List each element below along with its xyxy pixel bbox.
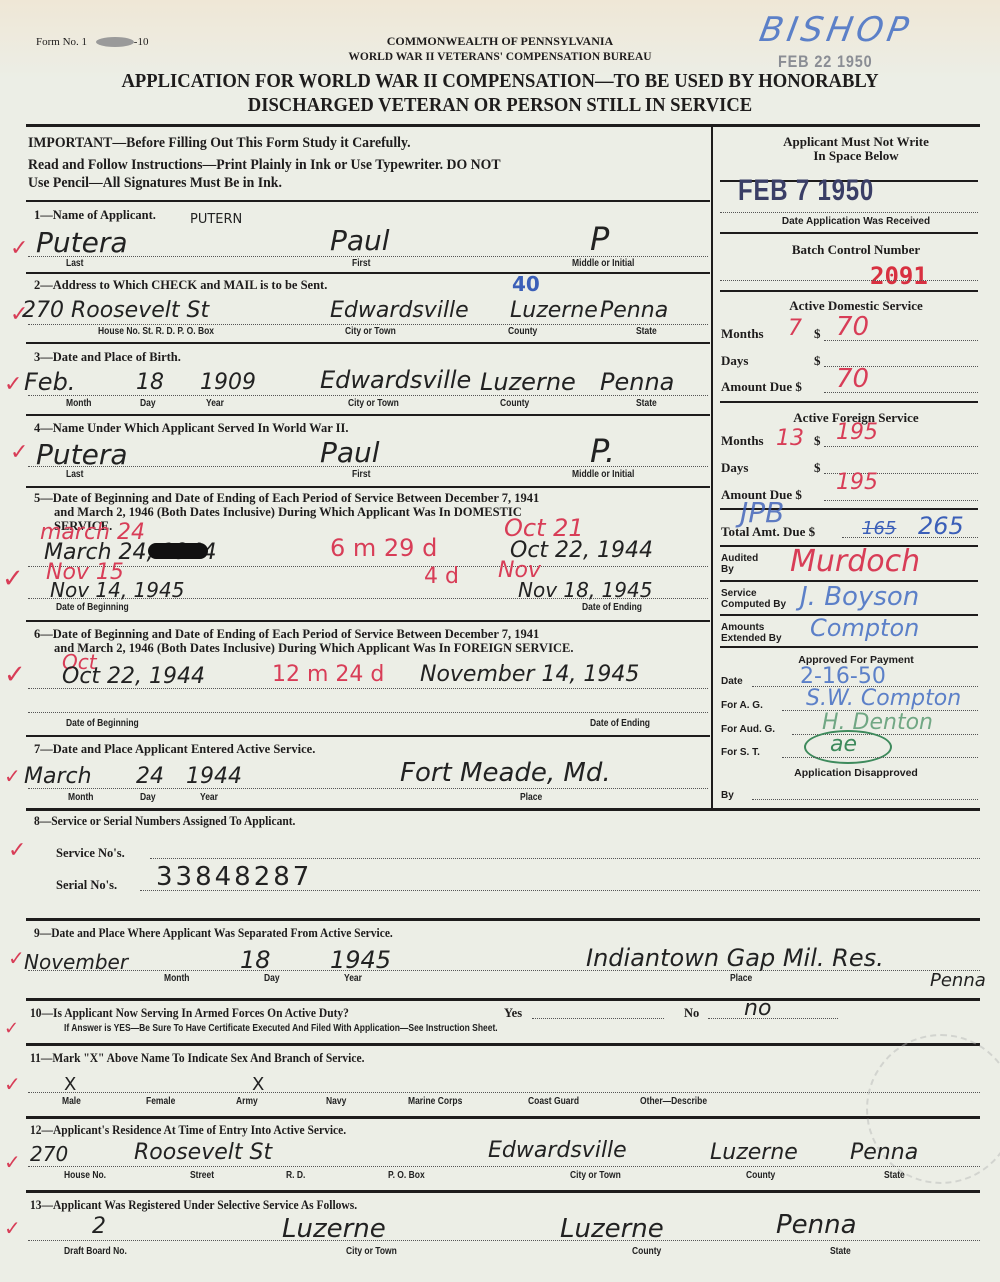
audited-signature: Murdoch xyxy=(790,544,920,579)
rule xyxy=(26,1043,980,1046)
q12-city[interactable]: Edwardsville xyxy=(488,1138,627,1163)
foreign-months-label: Months xyxy=(721,433,764,449)
rule xyxy=(26,1116,980,1119)
q5-row2-calc: 4 d xyxy=(424,564,459,589)
q1-annotation[interactable]: PUTERN xyxy=(190,212,242,227)
for-ag-signature: S.W. Compton xyxy=(806,686,961,711)
check-mark-icon: ✓ xyxy=(4,764,21,788)
q6-sub-end: Date of Ending xyxy=(590,718,650,729)
q7-sub-year: Year xyxy=(200,792,218,803)
computed-label: Service Computed By xyxy=(721,588,801,610)
dollar-sign: $ xyxy=(814,460,821,476)
q7-sub-month: Month xyxy=(68,792,94,803)
check-mark-icon: ✓ xyxy=(4,1018,19,1039)
check-mark-icon: ✓ xyxy=(10,236,28,261)
domestic-due-amount[interactable]: 70 xyxy=(836,364,869,394)
q9-sub-place: Place xyxy=(730,973,752,984)
q12-sub-street: Street xyxy=(190,1170,214,1181)
domestic-months-label: Months xyxy=(721,326,764,342)
line xyxy=(824,340,978,341)
disapproved-by-label: By xyxy=(721,790,734,801)
received-stamp-date: FEB 22 1950 xyxy=(778,52,873,72)
q9-sub-day: Day xyxy=(264,973,280,984)
q7-place[interactable]: Fort Meade, Md. xyxy=(400,758,611,788)
rule xyxy=(26,998,980,1001)
q3-year[interactable]: 1909 xyxy=(200,370,256,395)
q6-label: 6—Date of Beginning and Date of Ending o… xyxy=(34,627,714,655)
rule xyxy=(26,414,710,416)
q10-no-line xyxy=(708,1018,838,1019)
q9-line xyxy=(28,970,980,971)
q2-sub-city: City or Town xyxy=(345,326,396,337)
q2-annotation: 40 xyxy=(512,272,540,296)
q2-sub-street: House No. St. R. D. P. O. Box xyxy=(98,326,214,337)
q13-sub-state: State xyxy=(830,1246,851,1257)
redaction-block xyxy=(148,543,208,559)
dollar-sign: $ xyxy=(814,353,821,369)
q13-label: 13—Applicant Was Registered Under Select… xyxy=(30,1198,357,1213)
form-title-line1: APPLICATION FOR WORLD WAR II COMPENSATIO… xyxy=(35,70,965,93)
q7-sub-place: Place xyxy=(520,792,542,803)
q4-sub-first: First xyxy=(352,469,370,480)
line xyxy=(824,392,978,393)
check-mark-icon: ✓ xyxy=(4,1216,21,1240)
total-amount[interactable]: 265 xyxy=(918,512,964,540)
for-aud-label: For Aud. G. xyxy=(721,724,775,735)
batch-number: 2091 xyxy=(870,262,928,290)
x-mark: X xyxy=(64,1074,76,1095)
q12-sub-state: State xyxy=(884,1170,905,1181)
rule xyxy=(26,620,710,622)
q9-label: 9—Date and Place Where Applicant Was Sep… xyxy=(34,926,393,941)
q5-sub-end: Date of Ending xyxy=(582,602,642,613)
check-mark-icon: ✓ xyxy=(4,1150,21,1174)
q7-month[interactable]: March xyxy=(24,764,92,789)
q8-serial-line xyxy=(140,890,980,891)
q8-service-input[interactable] xyxy=(150,858,980,859)
q12-county[interactable]: Luzerne xyxy=(710,1140,798,1165)
q3-month[interactable]: Feb. xyxy=(24,368,75,396)
approved-date-label: Date xyxy=(721,676,743,687)
header-rule xyxy=(26,124,980,127)
rule xyxy=(26,1190,980,1193)
q4-label: 4—Name Under Which Applicant Served In W… xyxy=(34,421,349,436)
rule xyxy=(26,808,980,811)
domestic-months-amount[interactable]: 70 xyxy=(836,312,869,342)
q10-no-label: No xyxy=(684,1006,699,1021)
q4-line xyxy=(28,466,708,467)
rule xyxy=(720,646,978,648)
option-label: Other—Describe xyxy=(640,1096,707,1107)
q1-sub-first: First xyxy=(352,258,370,269)
q12-sub-city: City or Town xyxy=(570,1170,621,1181)
q2-state[interactable]: Penna xyxy=(600,298,668,323)
q3-sub-month: Month xyxy=(66,398,92,409)
q6-row2-line xyxy=(28,712,708,713)
domestic-months-value[interactable]: 7 xyxy=(788,316,802,341)
rule xyxy=(26,200,710,202)
q12-sub-house: House No. xyxy=(64,1170,106,1181)
q4-first-name[interactable]: Paul xyxy=(320,436,380,469)
q12-house-no[interactable]: 270 xyxy=(30,1142,68,1166)
computed-signature: J. Boyson xyxy=(800,582,919,612)
q4-middle-initial[interactable]: P. xyxy=(590,432,615,470)
office-heading-2: In Space Below xyxy=(716,148,996,164)
rule xyxy=(26,486,710,488)
q3-sub-day: Day xyxy=(140,398,156,409)
q1-first-name[interactable]: Paul xyxy=(330,224,390,257)
option-label: Male xyxy=(62,1096,81,1107)
q7-day[interactable]: 24 xyxy=(136,764,164,789)
q1-sub-last: Last xyxy=(66,258,83,269)
q7-line xyxy=(28,788,708,789)
q6-end[interactable]: November 14, 1945 xyxy=(420,662,639,687)
q11-label: 11—Mark "X" Above Name To Indicate Sex A… xyxy=(30,1051,364,1066)
q10-yes-input[interactable] xyxy=(532,1018,664,1019)
q7-label: 7—Date and Place Applicant Entered Activ… xyxy=(34,742,315,757)
q5-row1-line xyxy=(28,566,708,567)
q7-sub-day: Day xyxy=(140,792,156,803)
q1-label: 1—Name of Applicant. xyxy=(34,208,156,223)
extended-signature: Compton xyxy=(810,614,919,642)
batch-line xyxy=(720,280,978,281)
total-struck-value: 165 xyxy=(862,518,896,539)
q3-county[interactable]: Luzerne xyxy=(480,368,576,396)
q10-yes-label: Yes xyxy=(504,1006,522,1021)
check-mark-icon: ✓ xyxy=(8,838,26,863)
q12-street[interactable]: Roosevelt St xyxy=(134,1140,272,1165)
instructions: IMPORTANT—Before Filling Out This Form S… xyxy=(28,134,709,192)
q3-city[interactable]: Edwardsville xyxy=(320,366,471,394)
audited-label: Audited By xyxy=(721,553,761,575)
rule xyxy=(720,232,978,234)
line xyxy=(752,799,978,800)
q1-last-name[interactable]: Putera xyxy=(36,226,128,259)
check-mark-icon: ✓ xyxy=(4,660,26,690)
q9-place-state[interactable]: Penna xyxy=(930,970,986,991)
q12-sub-county: County xyxy=(746,1170,775,1181)
q3-sub-city: City or Town xyxy=(348,398,399,409)
q11-line xyxy=(28,1092,980,1093)
line xyxy=(824,446,978,447)
rule xyxy=(26,272,710,274)
disapproved-heading: Application Disapproved xyxy=(716,767,996,779)
q4-sub-last: Last xyxy=(66,469,83,480)
q3-sub-county: County xyxy=(500,398,529,409)
q10-note: If Answer is YES—Be Sure To Have Certifi… xyxy=(64,1023,498,1034)
received-date-label: Date Application Was Received xyxy=(716,216,996,227)
q8-serial-label: Serial No's. xyxy=(56,878,117,893)
q12-sub-po: P. O. Box xyxy=(388,1170,425,1181)
check-mark-icon: ✓ xyxy=(4,372,22,397)
foreign-due-amount[interactable]: 195 xyxy=(836,470,878,495)
domestic-due-label: Amount Due $ xyxy=(721,379,802,395)
dollar-sign: $ xyxy=(814,326,821,342)
q1-sub-middle: Middle or Initial xyxy=(572,258,634,269)
q5-row2-line xyxy=(28,598,708,599)
rule xyxy=(26,735,710,737)
q8-label: 8—Service or Serial Numbers Assigned To … xyxy=(34,814,295,829)
q2-sub-state: State xyxy=(636,326,657,337)
q12-line xyxy=(28,1166,980,1167)
q13-sub-county: County xyxy=(632,1246,661,1257)
q5-sub-begin: Date of Beginning xyxy=(56,602,129,613)
q6-begin[interactable]: Oct 22, 1944 xyxy=(62,664,205,689)
q12-label: 12—Applicant's Residence At Time of Entr… xyxy=(30,1123,346,1138)
q3-day[interactable]: 18 xyxy=(136,370,164,395)
q9-place[interactable]: Indiantown Gap Mil. Res. xyxy=(586,944,884,972)
q12-state[interactable]: Penna xyxy=(850,1140,918,1165)
column-divider xyxy=(711,126,713,810)
q3-line xyxy=(28,395,708,396)
q3-state[interactable]: Penna xyxy=(600,368,674,396)
option-label: Marine Corps xyxy=(408,1096,462,1107)
foreign-months-amount[interactable]: 195 xyxy=(836,420,878,445)
line xyxy=(842,537,978,538)
option-label: Female xyxy=(146,1096,175,1107)
q1-middle-initial[interactable]: P xyxy=(590,220,609,258)
q6-calc: 12 m 24 d xyxy=(272,662,384,687)
rule xyxy=(26,918,980,921)
batch-label: Batch Control Number xyxy=(716,242,996,258)
q5-row1-calc: 6 m 29 d xyxy=(330,534,437,562)
q1-line xyxy=(28,256,708,257)
for-ag-label: For A. G. xyxy=(721,700,763,711)
for-st-label: For S. T. xyxy=(721,747,760,758)
extended-label: Amounts Extended By xyxy=(721,622,801,644)
for-st-initials: ae xyxy=(830,732,857,757)
q3-sub-state: State xyxy=(636,398,657,409)
q2-city[interactable]: Edwardsville xyxy=(330,298,469,323)
option-label: Coast Guard xyxy=(528,1096,579,1107)
q4-sub-middle: Middle or Initial xyxy=(572,469,634,480)
q13-line xyxy=(28,1240,980,1241)
x-mark: X xyxy=(252,1074,264,1095)
q13-draft-board[interactable]: 2 xyxy=(92,1214,106,1239)
q2-sub-county: County xyxy=(508,326,537,337)
check-mark-icon: ✓ xyxy=(8,946,25,970)
q10-label: 10—Is Applicant Now Serving In Armed For… xyxy=(30,1006,349,1021)
q8-service-label: Service No's. xyxy=(56,846,125,861)
received-line xyxy=(720,212,978,213)
foreign-months-value[interactable]: 13 xyxy=(776,426,804,451)
q9-sub-month: Month xyxy=(164,973,190,984)
foreign-days-label: Days xyxy=(721,460,748,476)
q13-state[interactable]: Penna xyxy=(776,1210,857,1240)
dollar-sign: $ xyxy=(814,433,821,449)
q6-row1-line xyxy=(28,688,708,689)
q2-county[interactable]: Luzerne xyxy=(510,298,598,323)
check-mark-icon: ✓ xyxy=(10,440,28,465)
domestic-days-label: Days xyxy=(721,353,748,369)
rule xyxy=(720,290,978,292)
form-title-line2: DISCHARGED VETERAN OR PERSON STILL IN SE… xyxy=(35,94,965,117)
q12-sub-rd: R. D. xyxy=(286,1170,305,1181)
q6-sub-begin: Date of Beginning xyxy=(66,718,139,729)
option-label: Navy xyxy=(326,1096,346,1107)
q3-sub-year: Year xyxy=(206,398,224,409)
check-mark-icon: ✓ xyxy=(4,1072,21,1096)
q7-year[interactable]: 1944 xyxy=(186,764,242,789)
line xyxy=(824,500,978,501)
application-form: Form No. 1 -10 COMMONWEALTH OF PENNSYLVA… xyxy=(0,0,1000,1282)
line xyxy=(782,757,978,758)
q2-street[interactable]: 270 Roosevelt St xyxy=(22,298,209,323)
q2-line xyxy=(28,324,708,325)
q13-sub-city: City or Town xyxy=(346,1246,397,1257)
received-date-stamp: FEB 7 1950 xyxy=(738,174,874,208)
rule xyxy=(26,342,710,344)
check-mark-icon: ✓ xyxy=(2,564,24,594)
q9-sub-year: Year xyxy=(344,973,362,984)
rule xyxy=(720,401,978,403)
total-initials: JPB xyxy=(740,496,784,529)
q3-label: 3—Date and Place of Birth. xyxy=(34,350,181,365)
q8-serial-value[interactable]: 33848287 xyxy=(156,862,312,892)
q13-sub-board: Draft Board No. xyxy=(64,1246,127,1257)
q2-label: 2—Address to Which CHECK and MAIL is to … xyxy=(34,278,327,293)
option-label: Army xyxy=(236,1096,258,1107)
annotation-bishop: BISHOP xyxy=(756,10,915,50)
